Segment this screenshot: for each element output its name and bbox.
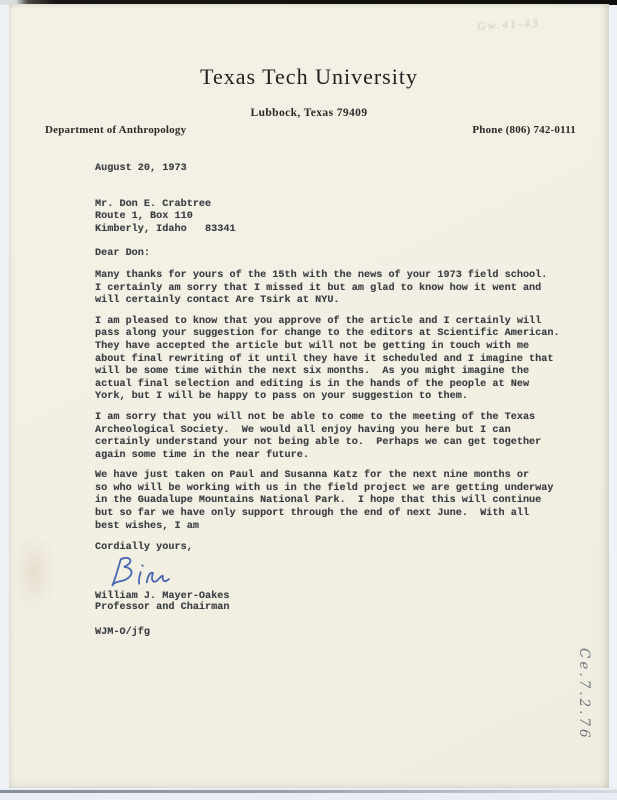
paragraph-1: Many thanks for yours of the 15th with t… <box>95 270 581 308</box>
paragraph-3: I am sorry that you will not be able to … <box>95 412 581 462</box>
paragraph-2: I am pleased to know that you approve of… <box>95 316 581 404</box>
letter-date: August 20, 1973 <box>95 163 581 176</box>
paper-smudge <box>11 532 57 612</box>
letter-body: August 20, 1973 Mr. Don E. Crabtree Rout… <box>95 163 581 639</box>
catalog-number-vertical: Ce.7.2.76 <box>572 648 592 778</box>
letterhead-phone: Phone (806) 742-0111 <box>472 124 576 136</box>
salutation: Dear Don: <box>95 248 581 261</box>
paragraph-4: We have just taken on Paul and Susanna K… <box>95 470 581 533</box>
closing: Cordially yours, <box>95 542 581 555</box>
sender-block: William J. Mayer-Oakes Professor and Cha… <box>95 591 581 614</box>
signature-bill-ink <box>101 555 185 591</box>
letter-paper: Gw.41-43 Texas Tech University Lubbock, … <box>9 4 609 789</box>
recipient-address: Mr. Don E. Crabtree Route 1, Box 110 Kim… <box>95 199 581 237</box>
letterhead-location: Lubbock, Texas 79409 <box>9 107 609 119</box>
sender-name: William J. Mayer-Oakes <box>95 591 581 603</box>
letterhead-department: Department of Anthropology <box>45 124 186 136</box>
letterhead-university-name: Texas Tech University <box>9 64 609 90</box>
scan-bottom-edge <box>0 790 617 793</box>
reference-initials: WJM-O/jfg <box>95 627 581 640</box>
sender-title: Professor and Chairman <box>95 602 581 614</box>
signature-handwritten <box>101 555 581 591</box>
pencil-annotation: Gw.41-43 <box>477 13 588 34</box>
